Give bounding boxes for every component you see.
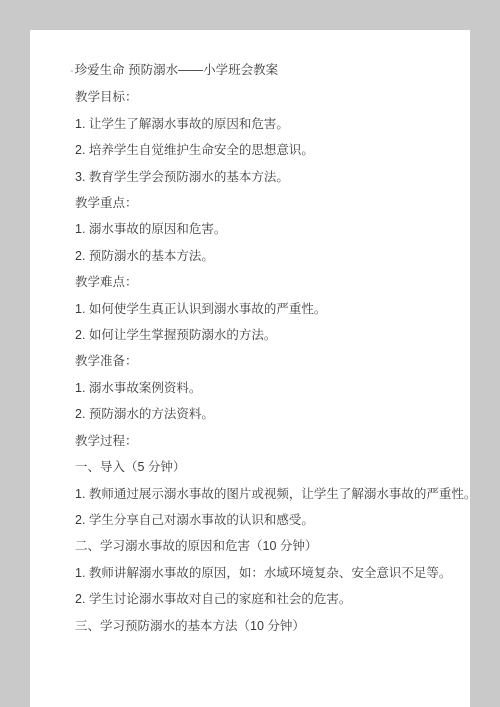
paragraph: 1. 溺水事故案例资料。 [75, 375, 440, 401]
paragraph: 三、学习预防溺水的基本方法（10 分钟） [75, 613, 440, 639]
paragraph: 教学难点： [75, 269, 440, 295]
paragraph: 2. 培养学生自觉维护生命安全的思想意识。 [75, 137, 440, 163]
paragraph: 1. 溺水事故的原因和危害。 [75, 216, 440, 242]
document-page: -珍爱生命 预防溺水——小学班会教案 教学目标：1. 让学生了解溺水事故的原因和… [30, 30, 470, 707]
paragraph: 1. 如何使学生真正认识到溺水事故的严重性。 [75, 296, 440, 322]
paragraph: 2. 学生讨论溺水事故对自己的家庭和社会的危害。 [75, 586, 440, 612]
paragraph: 2. 预防溺水的方法资料。 [75, 401, 440, 427]
paragraph: 教学过程： [75, 428, 440, 454]
document-body: 教学目标：1. 让学生了解溺水事故的原因和危害。2. 培养学生自觉维护生命安全的… [75, 84, 440, 639]
paragraph: 教学目标： [75, 84, 440, 110]
paragraph: 1. 让学生了解溺水事故的原因和危害。 [75, 111, 440, 137]
paragraph: 1. 教师讲解溺水事故的原因，如：水域环境复杂、安全意识不足等。 [75, 560, 440, 586]
paragraph: 二、学习溺水事故的原因和危害（10 分钟） [75, 533, 440, 559]
paragraph: 1. 教师通过展示溺水事故的图片或视频，让学生了解溺水事故的严重性。 [75, 481, 440, 507]
paragraph: 2. 学生分享自己对溺水事故的认识和感受。 [75, 507, 440, 533]
paragraph: 3. 教育学生学会预防溺水的基本方法。 [75, 164, 440, 190]
title-marker: - [70, 65, 74, 77]
document-title: -珍爱生命 预防溺水——小学班会教案 [75, 57, 440, 84]
paragraph: 2. 如何让学生掌握预防溺水的方法。 [75, 322, 440, 348]
paragraph: 教学重点： [75, 190, 440, 216]
paragraph: 2. 预防溺水的基本方法。 [75, 243, 440, 269]
document-title-text: 珍爱生命 预防溺水——小学班会教案 [75, 63, 278, 77]
paragraph: 一、导入（5 分钟） [75, 454, 440, 480]
paragraph: 教学准备： [75, 348, 440, 374]
